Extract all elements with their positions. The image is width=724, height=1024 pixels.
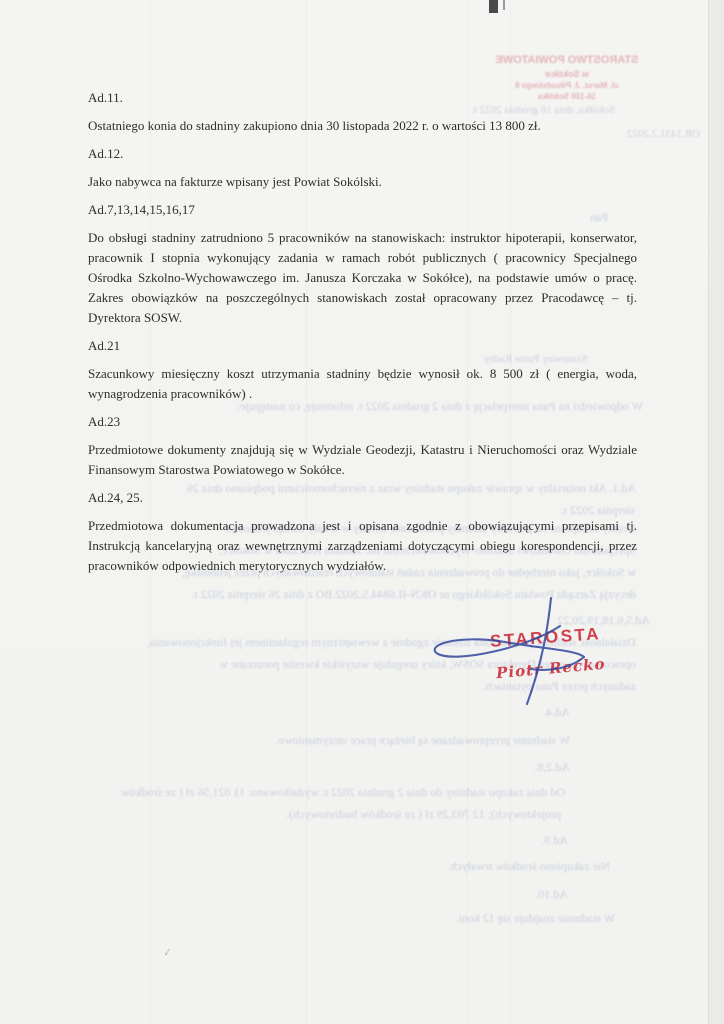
section-label: Ad.24, 25. <box>88 488 637 508</box>
bleedthrough-text: Ad.10. <box>522 884 568 904</box>
section-label: Ad.21 <box>88 336 637 356</box>
bleedthrough-text: Od dnia zakupu stadniny do dnia 2 grudni… <box>85 782 565 802</box>
bleedthrough-text: Ad.4. <box>530 702 570 722</box>
scanned-document-page: STAROSTWO POWIATOWEw Sokółceul. Marsz. J… <box>0 0 724 1024</box>
bleedthrough-text: STAROSTWO POWIATOWE <box>487 50 647 70</box>
document-text: Ad.11.Ostatniego konia do stadniny zakup… <box>88 88 637 584</box>
bleedthrough-text: zadanych przez Pana pytaniach. <box>440 676 636 696</box>
pen-check-mark: ✓ <box>162 945 173 959</box>
paragraph: Szacunkowy miesięczny koszt utrzymania s… <box>88 364 637 404</box>
bleedthrough-text: Ad.9. <box>528 830 568 850</box>
section-label: Ad.11. <box>88 88 637 108</box>
section-label: Ad.7,13,14,15,16,17 <box>88 200 637 220</box>
paragraph: Jako nabywca na fakturze wpisany jest Po… <box>88 172 637 192</box>
binding-mark-thin <box>503 0 505 10</box>
binding-mark <box>489 0 498 13</box>
paragraph: Do obsługi stadniny zatrudniono 5 pracow… <box>88 228 637 328</box>
bleedthrough-text: projektowych); 12 703,29 zł ( ze środków… <box>246 804 561 824</box>
bleedthrough-text: W stadninie przeprowadzane są bieżące pr… <box>225 730 570 750</box>
bleedthrough-text: Ad.2,8. <box>520 757 570 777</box>
paragraph: Przedmiotowe dokumenty znajdują się w Wy… <box>88 440 637 480</box>
section-label: Ad.23 <box>88 412 637 432</box>
bleedthrough-text: W stadninie znajduje się 12 koni. <box>425 908 615 928</box>
bleedthrough-text: Nie zakupiono środków trwałych. <box>420 856 610 876</box>
bleedthrough-text: decyzją Zarządu Powiatu Sokólskiego nr O… <box>88 584 636 604</box>
bleedthrough-text: w Sokółce <box>487 64 647 84</box>
paragraph: Ostatniego konia do stadniny zakupiono d… <box>88 116 637 136</box>
section-label: Ad.12. <box>88 144 637 164</box>
paragraph: Przedmiotowa dokumentacja prowadzona jes… <box>88 516 637 576</box>
starosta-stamp-name: Piotr Rećko <box>495 654 616 682</box>
scan-edge-shadow <box>708 0 724 1024</box>
